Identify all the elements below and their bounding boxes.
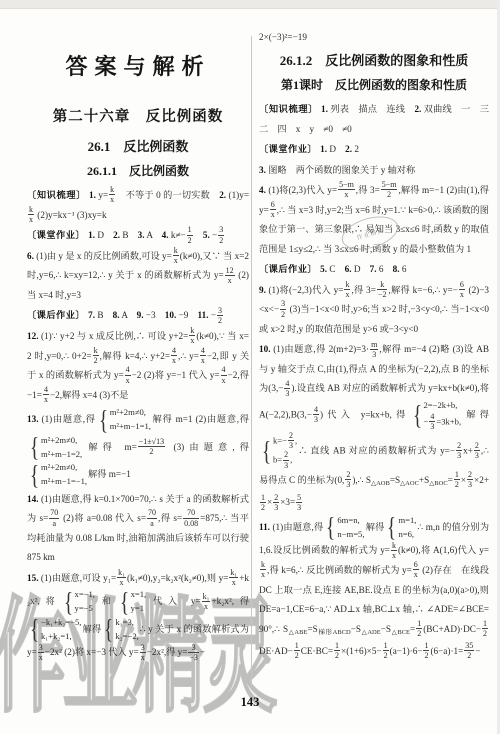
section-tag: 〔知识梳理〕 — [259, 104, 318, 114]
fraction: 12 — [260, 493, 266, 512]
fraction: 70a — [147, 508, 157, 527]
page-number: 143 — [0, 695, 500, 710]
fraction: kx — [189, 326, 195, 345]
fraction: k₁x — [117, 568, 126, 587]
answer-paragraph: 12. (1)∵ y+2 与 x 成反比例,∴ 可设 y+2=kx(k≠0),∵… — [27, 327, 249, 405]
fraction: −1±√132 — [138, 437, 165, 456]
left-column: 答案与解析 第二十六章 反比例函数 26.1 反比例函数 26.1.1 反比例函… — [27, 38, 249, 664]
fraction: 5−mx — [338, 180, 355, 199]
fraction: 12 — [383, 641, 389, 660]
section-tag: 〔课后作业〕 — [259, 264, 317, 274]
equation-system: {m²+2m≠0,m²+m−1=−1, — [28, 461, 87, 489]
equation-system: {m=1,n=6, — [385, 514, 416, 542]
left-answers: 〔知识梳理〕1. y=kx 不等于 0 的一切实数 2. (1)y=kx (2)… — [27, 186, 249, 663]
answer-paragraph: 15. (1)由题意,可设 y₁=k₁x(k₁≠0),y₂=k₂x²(k₂≠0)… — [27, 569, 249, 663]
right-column: 2×(−3)²=−19 26.1.2 反比例函数的图象和性质 第1课时 反比例函… — [259, 30, 489, 663]
page-title: 答案与解析 — [27, 50, 249, 81]
section-heading-2: 26.1.2 反比例函数的图象和性质 — [259, 50, 489, 69]
fraction: 23 — [474, 441, 480, 460]
answer-paragraph: 〔知识梳理〕1. y=kx 不等于 0 的一切实数 2. (1)y=kx (2)… — [27, 186, 249, 225]
fraction: 6x — [413, 560, 419, 579]
fraction: 4x — [171, 346, 177, 365]
fraction: 3x — [140, 643, 146, 662]
equation-system: {−k₁+k₂=−5,k₁+k₂=1, — [28, 616, 81, 644]
fraction: 23 — [467, 470, 473, 489]
column-divider — [251, 36, 252, 686]
equation-system: {k₁=3,k₂=−2, — [102, 616, 138, 644]
fraction: 43 — [313, 405, 319, 424]
answer-paragraph: 〔课堂作业〕1. D 2. B 3. A 4. k≠−12 5. −32 — [27, 226, 249, 246]
answer-paragraph: 9. (1)将(−2,3)代入 y=kx,得 3=k−2,解得 k=−6,∴ y… — [259, 281, 489, 340]
answer-paragraph: 11. (1)由题意,得{6m=n,n−m=5,解得{m=1,n=6,∴ m,n… — [259, 514, 489, 662]
subsection-heading: 26.1.1 反比例函数 — [27, 162, 249, 179]
fraction: 12x — [225, 266, 235, 285]
fraction: kx — [28, 205, 34, 224]
fraction: 4x — [200, 346, 206, 365]
section-tag: 〔知识梳理〕 — [27, 190, 86, 200]
fraction: 700.08 — [183, 508, 199, 527]
fraction: 32 — [217, 306, 223, 325]
section-tag: 〔课堂作业〕 — [27, 230, 85, 240]
answer-book-page: 作业精灵 答案与解析 第二十六章 反比例函数 26.1 反比例函数 26.1.1… — [0, 0, 500, 734]
fraction: 12 — [334, 641, 340, 660]
section-heading: 26.1 反比例函数 — [27, 136, 249, 155]
fraction: 32 — [218, 225, 224, 244]
answer-paragraph: 6. (1)由 y 是 x 的反比例函数,可设 y=kx(k≠0),又∵ 当 x… — [27, 247, 249, 306]
equation-system: {x=−1,y=−5 — [62, 588, 95, 616]
fraction: k₁x — [229, 568, 238, 587]
answer-paragraph: 〔知识梳理〕1. 列表 描点 连线 2. 双曲线 一 三 二 四 x y ≠0 … — [259, 100, 489, 139]
fraction: 3x — [38, 643, 44, 662]
fraction: 3−3 — [188, 643, 199, 662]
fraction: m3 — [370, 340, 378, 359]
fraction: 4x — [125, 365, 131, 384]
fraction: 12 — [454, 470, 460, 489]
answer-paragraph: 〔课后作业〕5. C 6. D 7. 6 8. 6 — [259, 260, 489, 280]
fraction: 12 — [416, 619, 422, 638]
fraction: 23 — [283, 450, 289, 469]
fraction: 23 — [288, 431, 294, 450]
carryover-line: 2×(−3)²=−19 — [259, 30, 489, 44]
fraction: 12 — [482, 619, 488, 638]
equation-system: {m²+2m≠0,m²+m−1=2, — [28, 434, 82, 462]
fraction: 12 — [423, 641, 429, 660]
scan-top-edge — [0, 0, 500, 9]
section-tag: 〔课堂作业〕 — [259, 144, 317, 154]
fraction: kx — [391, 541, 397, 560]
fraction: 43 — [284, 379, 290, 398]
fraction: 5−m2 — [381, 180, 398, 199]
fraction: 352 — [464, 641, 474, 660]
fraction: 12 — [294, 641, 300, 660]
equation-system: {m²+2m≠0,m²+m−1=1, — [97, 406, 151, 434]
answer-paragraph: 3. 图略 两个函数的图象关于 y 轴对称 — [259, 161, 489, 181]
fraction: 4x — [43, 385, 49, 404]
answer-paragraph: 14. (1)由题意,得 k=0.1×700=70,∴ s 关于 a 的函数解析… — [27, 490, 249, 568]
lesson-heading: 第1课时 反比例函数的图象和性质 — [259, 76, 489, 93]
answer-paragraph: 〔课后作业〕7. B 8. A 9. −3 10. −9 11. −32 — [27, 306, 249, 326]
fraction: kx — [109, 185, 115, 204]
fraction: 23 — [345, 470, 351, 489]
equation-system: {2=−2k+b,−43=3k+b, — [411, 399, 462, 432]
answer-paragraph: 10. (1)由题意,得 2(m+2)=3·m3,解得 m=−4 (2)略 (3… — [259, 340, 489, 513]
answer-paragraph: 13. (1)由题意,得{m²+2m≠0,m²+m−1=1,解得 m=1 (2)… — [27, 406, 249, 489]
equation-system: {6m=n,n−m=5, — [324, 514, 364, 542]
fraction: k2 — [93, 346, 99, 365]
fraction: 23 — [456, 441, 462, 460]
chapter-heading: 第二十六章 反比例函数 — [27, 105, 249, 126]
equation-system: {x=1,y=1 — [118, 588, 147, 616]
fraction: kx — [344, 280, 350, 299]
section-tag: 〔课后作业〕 — [27, 310, 85, 320]
fraction: 6x — [270, 200, 276, 219]
fraction: k−2 — [377, 280, 388, 299]
stamp-text: 作业精灵 — [355, 225, 384, 241]
answer-paragraph: 〔课堂作业〕1. D 2. 2 — [259, 140, 489, 160]
fraction: 6x — [459, 280, 465, 299]
fraction: 4x — [221, 365, 227, 384]
equation-system: {k=−23,b=23, — [260, 432, 297, 471]
fraction: 43 — [429, 412, 435, 431]
fraction: 12 — [187, 225, 193, 244]
fraction: kx — [173, 246, 179, 265]
fraction: 23 — [273, 493, 279, 512]
right-answers: 〔知识梳理〕1. 列表 描点 连线 2. 双曲线 一 三 二 四 x y ≠0 … — [259, 100, 489, 662]
fraction: k₁x — [202, 592, 211, 611]
fraction: 70a — [49, 508, 59, 527]
fraction: 53 — [296, 493, 302, 512]
fraction: 32 — [280, 299, 286, 318]
fraction: kx — [260, 560, 266, 579]
